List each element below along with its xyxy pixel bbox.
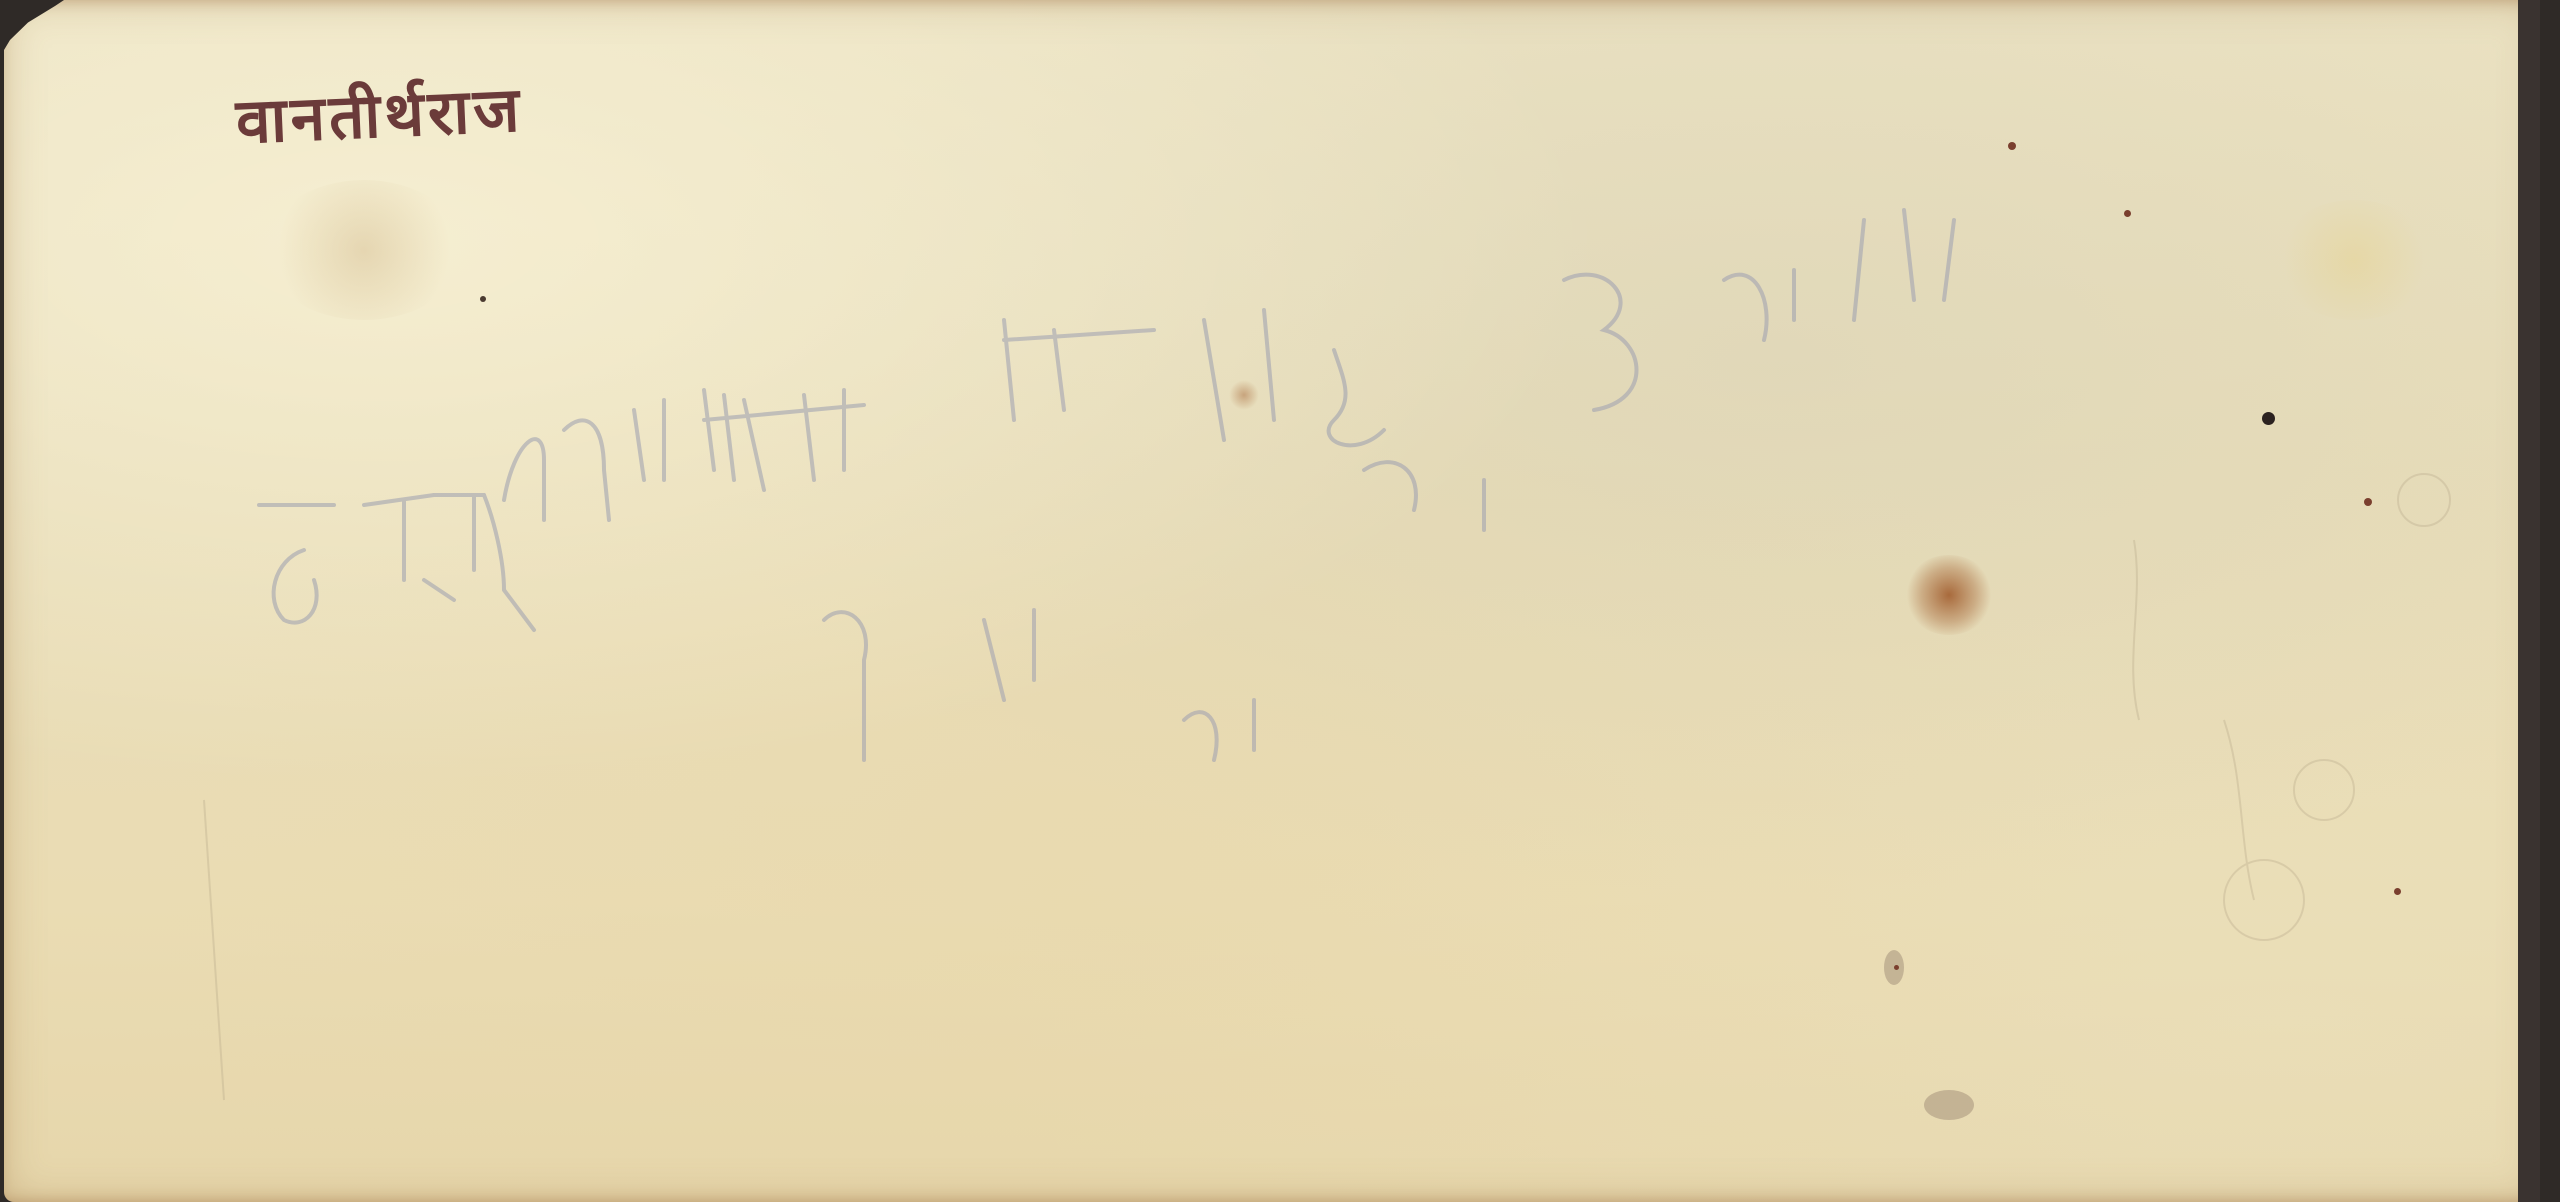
ink-dot bbox=[2394, 888, 2401, 895]
pencil-marks bbox=[4, 0, 2540, 1202]
grey-smudge bbox=[1924, 1090, 1974, 1120]
ink-dot bbox=[2124, 210, 2131, 217]
manuscript-folio: वानतीर्थराज bbox=[4, 0, 2540, 1202]
pencil-numeral bbox=[1564, 275, 1637, 410]
ink-dot bbox=[2364, 498, 2372, 506]
water-stain bbox=[264, 180, 464, 320]
rust-stain bbox=[1229, 380, 1259, 410]
ink-dot bbox=[2262, 412, 2275, 425]
binding-edge bbox=[2518, 0, 2540, 1202]
paper-crease bbox=[2133, 540, 2139, 720]
ink-dot bbox=[2008, 142, 2016, 150]
ink-dot bbox=[480, 296, 486, 302]
rust-stain bbox=[1904, 555, 1994, 635]
ink-dot bbox=[1894, 965, 1899, 970]
water-stain bbox=[2274, 200, 2434, 320]
